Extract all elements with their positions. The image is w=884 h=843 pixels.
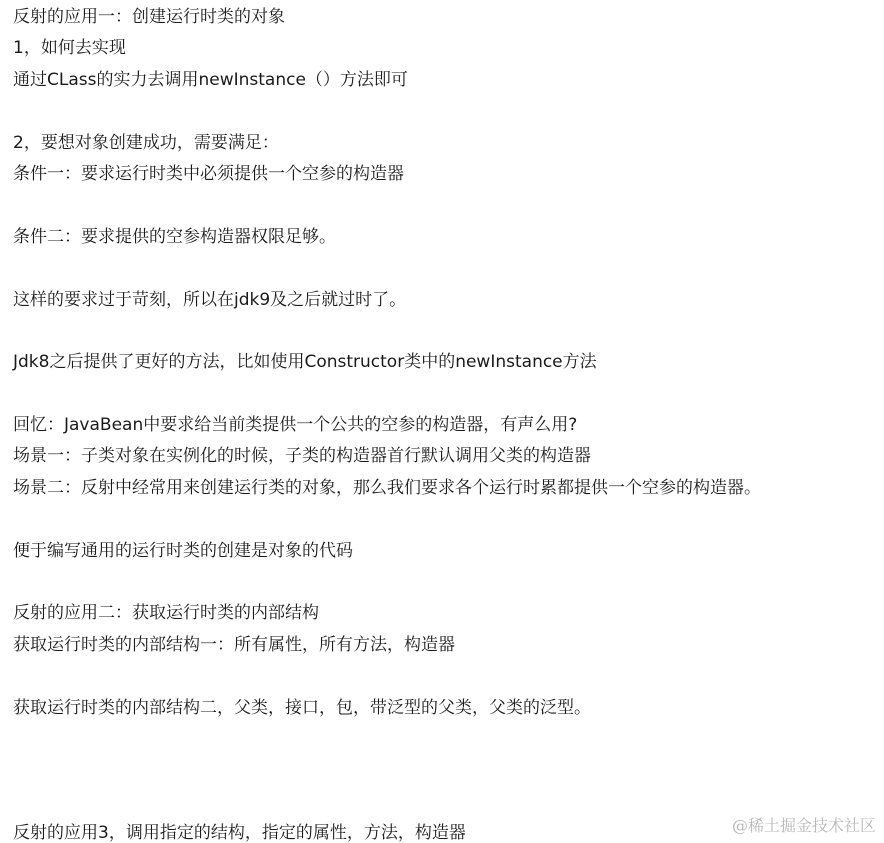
text-line: 2，要想对象创建成功，需要满足： xyxy=(13,128,884,159)
text-line: Jdk8之后提供了更好的方法，比如使用Constructor类中的newInst… xyxy=(13,347,884,378)
text-line: 这样的要求过于苛刻，所以在jdk9及之后就过时了。 xyxy=(13,285,884,316)
blank-line xyxy=(13,253,884,284)
blank-line xyxy=(13,316,884,347)
blank-line xyxy=(13,504,884,535)
blank-line xyxy=(13,96,884,127)
blank-line xyxy=(13,379,884,410)
blank-line xyxy=(13,724,884,755)
text-line: 通过CLass的实力去调用newInstance（）方法即可 xyxy=(13,65,884,96)
watermark: @稀土掘金技术社区 xyxy=(732,813,876,836)
blank-line xyxy=(13,661,884,692)
text-line: 获取运行时类的内部结构一：所有属性，所有方法，构造器 xyxy=(13,630,884,661)
blank-line xyxy=(13,567,884,598)
heading-application-1: 反射的应用一：创建运行时类的对象 xyxy=(13,2,884,33)
text-line: 1，如何去实现 xyxy=(13,33,884,64)
text-line: 条件二：要求提供的空参构造器权限足够。 xyxy=(13,222,884,253)
text-line: 获取运行时类的内部结构二，父类，接口，包，带泛型的父类，父类的泛型。 xyxy=(13,693,884,724)
text-line: 条件一：要求运行时类中必须提供一个空参的构造器 xyxy=(13,159,884,190)
document-body: 反射的应用一：创建运行时类的对象 1，如何去实现 通过CLass的实力去调用ne… xyxy=(13,2,884,843)
text-line: 便于编写通用的运行时类的创建是对象的代码 xyxy=(13,536,884,567)
heading-application-2: 反射的应用二：获取运行时类的内部结构 xyxy=(13,598,884,629)
text-line: 场景一：子类对象在实例化的时候，子类的构造器首行默认调用父类的构造器 xyxy=(13,441,884,472)
text-line: 场景二：反射中经常用来创建运行类的对象，那么我们要求各个运行时累都提供一个空参的… xyxy=(13,473,884,504)
blank-line xyxy=(13,755,884,786)
blank-line xyxy=(13,190,884,221)
text-line: 回忆：JavaBean中要求给当前类提供一个公共的空参的构造器，有声么用? xyxy=(13,410,884,441)
